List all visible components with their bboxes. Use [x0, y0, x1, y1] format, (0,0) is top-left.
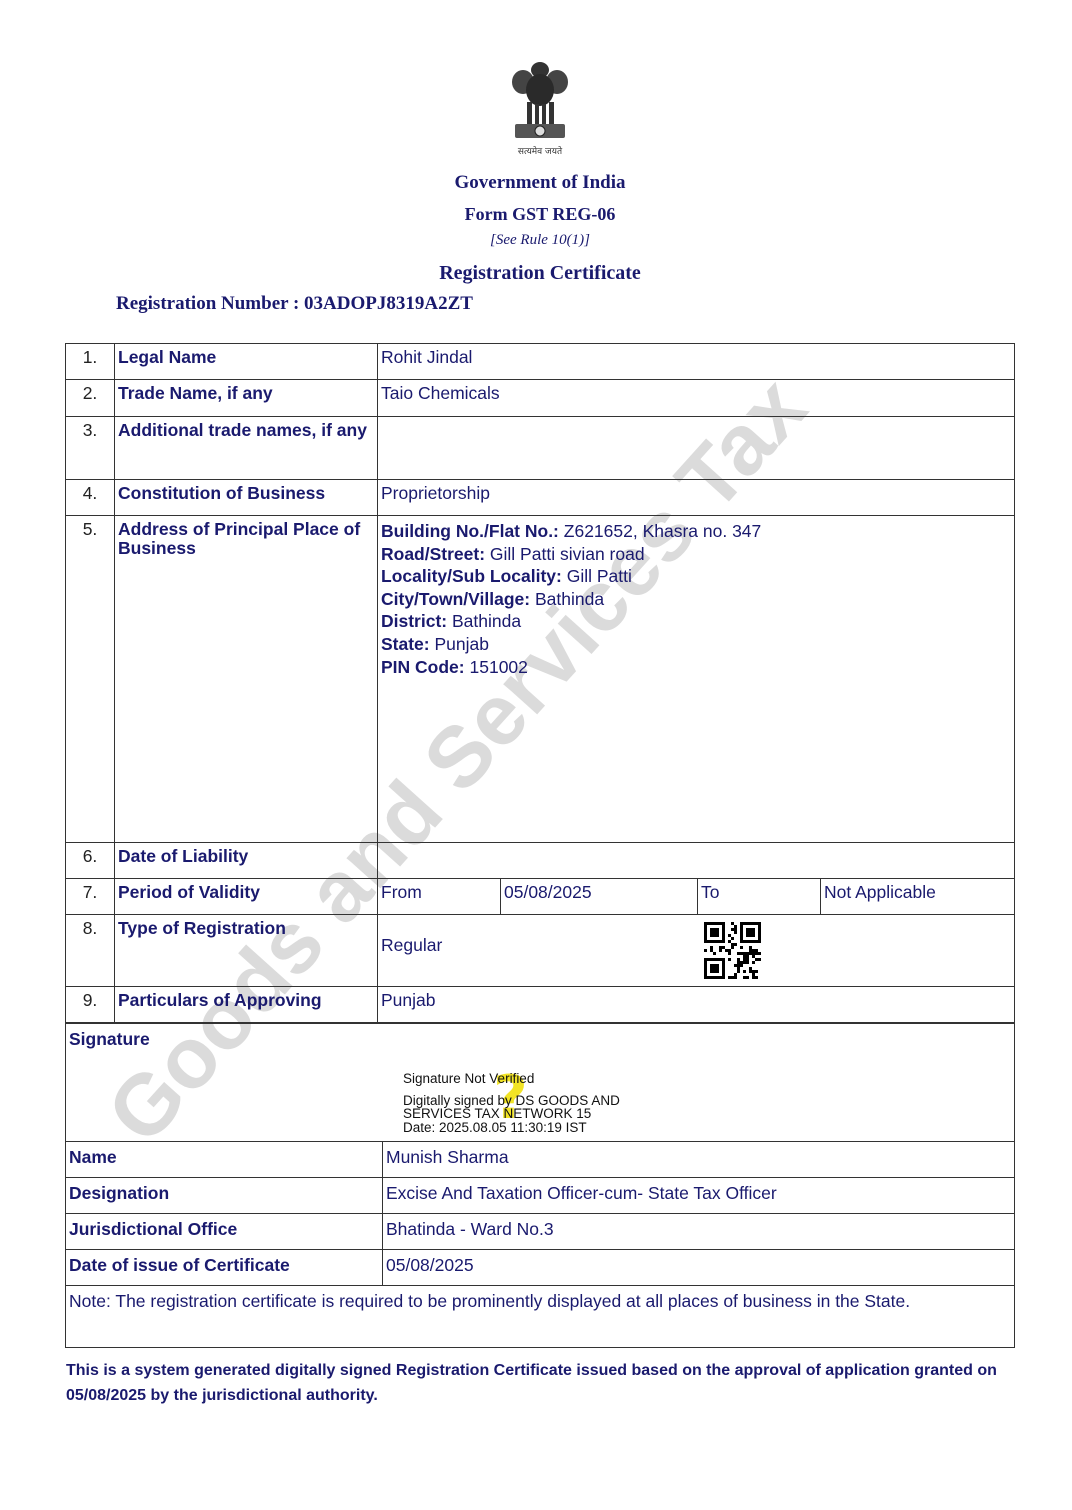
table-row: Name Munish Sharma — [66, 1142, 1015, 1178]
qr-code — [704, 922, 761, 979]
table-row: Date of issue of Certificate 05/08/2025 — [66, 1250, 1015, 1286]
rule-reference: [See Rule 10(1)] — [0, 232, 1072, 249]
note-row: Note: The registration certificate is re… — [66, 1286, 1015, 1348]
table-row: 4. Constitution of Business Proprietorsh… — [66, 480, 1015, 516]
registration-number: Registration Number : 03ADOPJ8319A2ZT — [116, 293, 473, 315]
table-row: 5. Address of Principal Place of Busines… — [66, 516, 1015, 843]
form-name: Form GST REG-06 — [0, 204, 1072, 225]
national-emblem-icon: सत्यमेव जयते — [505, 52, 575, 160]
table-row: 9. Particulars of Approving Punjab — [66, 987, 1015, 1023]
table-row: 7. Period of Validity From 05/08/2025 To… — [66, 879, 1015, 915]
table-row: 8. Type of Registration Regular — [66, 915, 1015, 987]
certificate-table: 1. Legal Name Rohit Jindal 2. Trade Name… — [65, 343, 1015, 1023]
table-row: 1. Legal Name Rohit Jindal — [66, 344, 1015, 380]
table-row: Designation Excise And Taxation Officer-… — [66, 1178, 1015, 1214]
table-row: 3. Additional trade names, if any — [66, 417, 1015, 480]
table-row: 2. Trade Name, if any Taio Chemicals — [66, 380, 1015, 417]
note: Note: The registration certificate is re… — [66, 1286, 1015, 1348]
digital-signature[interactable]: Signature Not Verified Digitally signed … — [403, 1072, 620, 1134]
government-title: Government of India — [0, 172, 1072, 194]
svg-text:सत्यमेव जयते: सत्यमेव जयते — [518, 145, 563, 157]
table-row: Jurisdictional Office Bhatinda - Ward No… — [66, 1214, 1015, 1250]
certificate-title: Registration Certificate — [0, 262, 1072, 285]
address-block: Building No./Flat No.: Z621652, Khasra n… — [378, 516, 1015, 843]
table-row: 6. Date of Liability — [66, 843, 1015, 879]
footer-text: This is a system generated digitally sig… — [66, 1358, 1006, 1408]
